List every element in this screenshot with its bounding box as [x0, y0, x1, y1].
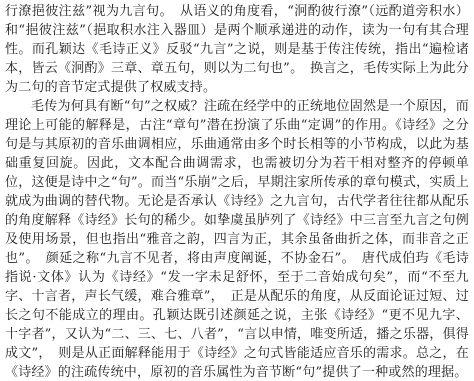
paragraph-continuation: 行潦挹彼注兹”视为九言句。 从语义的角度看，“泂酌彼行潦”（远酌道旁积水）和“挹… — [5, 2, 469, 97]
paragraph-main: 毛传为何具有断“句”之权威？注疏在经学中的正统地位固然是一个原因，而理论上可能的… — [5, 97, 469, 381]
document-page: 行潦挹彼注兹”视为九言句。 从语义的角度看，“泂酌彼行潦”（远酌道旁积水）和“挹… — [0, 0, 474, 381]
